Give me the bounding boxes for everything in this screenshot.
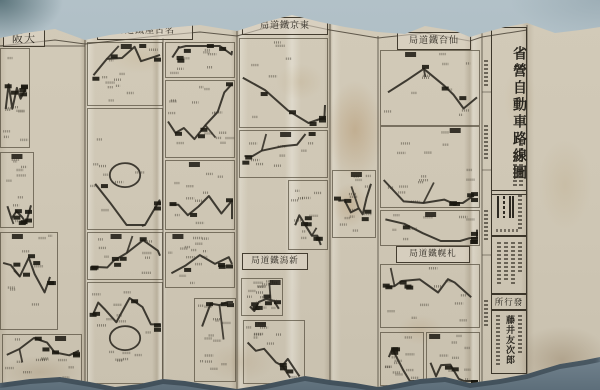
- legend-line-dashed: [503, 196, 505, 218]
- photo-background: 阪大 局道鐵屋古名 局道鐵京東 局道鐵台仙 局道鐵潟新 局道鐵幌札 省營自動車路…: [0, 0, 600, 390]
- note-column: [518, 242, 522, 272]
- index-strip-note: [484, 210, 488, 240]
- panel-header-osaka: 阪大: [3, 29, 45, 47]
- publisher-note: [518, 315, 522, 355]
- panel-header-tokyo: 局道鐵京東: [242, 17, 328, 35]
- title-side-notes: [513, 152, 517, 186]
- panel-header-sendai: 局道鐵台仙: [397, 32, 471, 50]
- index-strip-note: [484, 125, 488, 161]
- index-strip-note: [484, 60, 488, 88]
- panel-header-sapporo: 局道鐵幌札: [396, 246, 470, 263]
- map-title: 省營自動車路線圖: [491, 27, 527, 195]
- legend-line-double: [509, 196, 511, 218]
- legend-line-solid: [497, 196, 499, 218]
- note-column: [504, 242, 508, 280]
- legend-note: [496, 229, 520, 232]
- notes-box: [491, 236, 527, 294]
- folded-map-paper: 阪大 局道鐵屋古名 局道鐵京東 局道鐵台仙 局道鐵潟新 局道鐵幌札 省營自動車路…: [0, 0, 600, 390]
- publisher-label: 所行發: [491, 294, 527, 310]
- legend-box: [491, 190, 527, 236]
- panel-header-nagoya: 局道鐵屋古名: [97, 22, 193, 40]
- legend-note: [518, 195, 522, 229]
- note-column: [497, 242, 501, 286]
- publisher-name: 藤井友次郎: [504, 315, 513, 371]
- panel-header-niigata: 局道鐵潟新: [242, 253, 308, 270]
- note-column: [511, 242, 515, 286]
- publisher-box: 藤井友次郎: [491, 310, 527, 374]
- publisher-note: [496, 315, 500, 365]
- index-strip-note: [484, 300, 488, 326]
- title-side-notes: [519, 140, 523, 186]
